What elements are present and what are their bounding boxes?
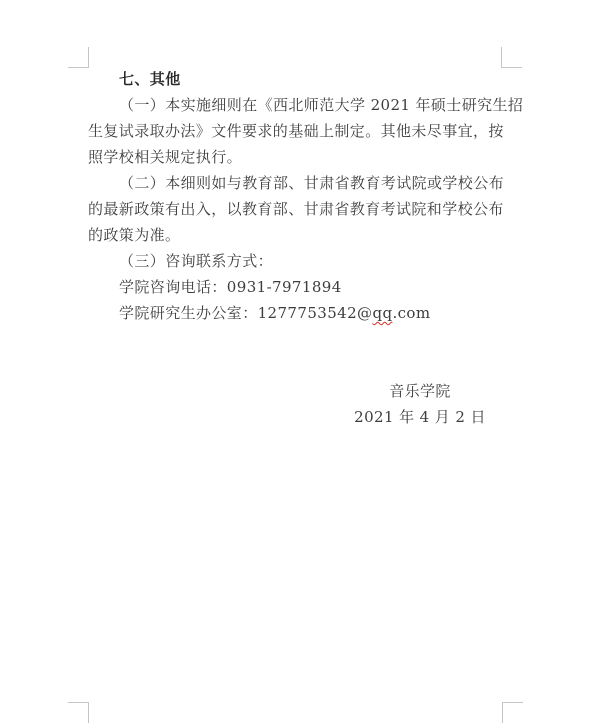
paragraph-1-line-1: （一）本实施细则在《西北师范大学 2021 年硕士研究生招 (88, 92, 503, 118)
email-suffix: .com (392, 304, 430, 322)
crop-mark-top-left (68, 47, 89, 68)
signature-org: 音乐学院 (340, 378, 500, 404)
email-spellcheck-underlined: qq (372, 304, 392, 322)
blank-line (88, 326, 503, 352)
paragraph-2-line-1: （二）本细则如与教育部、甘肃省教育考试院或学校公布 (88, 170, 503, 196)
paragraph-3-line-1: （三）咨询联系方式： (88, 248, 503, 274)
email-prefix: 学院研究生办公室：1277753542@ (119, 304, 372, 322)
contact-email-line: 学院研究生办公室：1277753542@qq.com (88, 300, 503, 326)
signature-date: 2021 年 4 月 2 日 (340, 404, 500, 430)
crop-mark-bottom-right (502, 702, 523, 723)
contact-phone-line: 学院咨询电话：0931-7971894 (88, 274, 503, 300)
paragraph-1-line-2: 生复试录取办法》文件要求的基础上制定。其他未尽事宜，按 (88, 118, 503, 144)
document-body: 七、其他 （一）本实施细则在《西北师范大学 2021 年硕士研究生招 生复试录取… (88, 66, 503, 430)
paragraph-2-line-2: 的最新政策有出入，以教育部、甘肃省教育考试院和学校公布 (88, 196, 503, 222)
section-heading: 七、其他 (88, 66, 503, 92)
blank-line (88, 352, 503, 378)
crop-mark-bottom-left (68, 702, 89, 723)
document-page: 七、其他 （一）本实施细则在《西北师范大学 2021 年硕士研究生招 生复试录取… (0, 0, 599, 723)
crop-mark-top-right (501, 47, 522, 68)
signature-block: 音乐学院 2021 年 4 月 2 日 (340, 378, 500, 430)
paragraph-1-line-3: 照学校相关规定执行。 (88, 144, 503, 170)
paragraph-2-line-3: 的政策为准。 (88, 222, 503, 248)
